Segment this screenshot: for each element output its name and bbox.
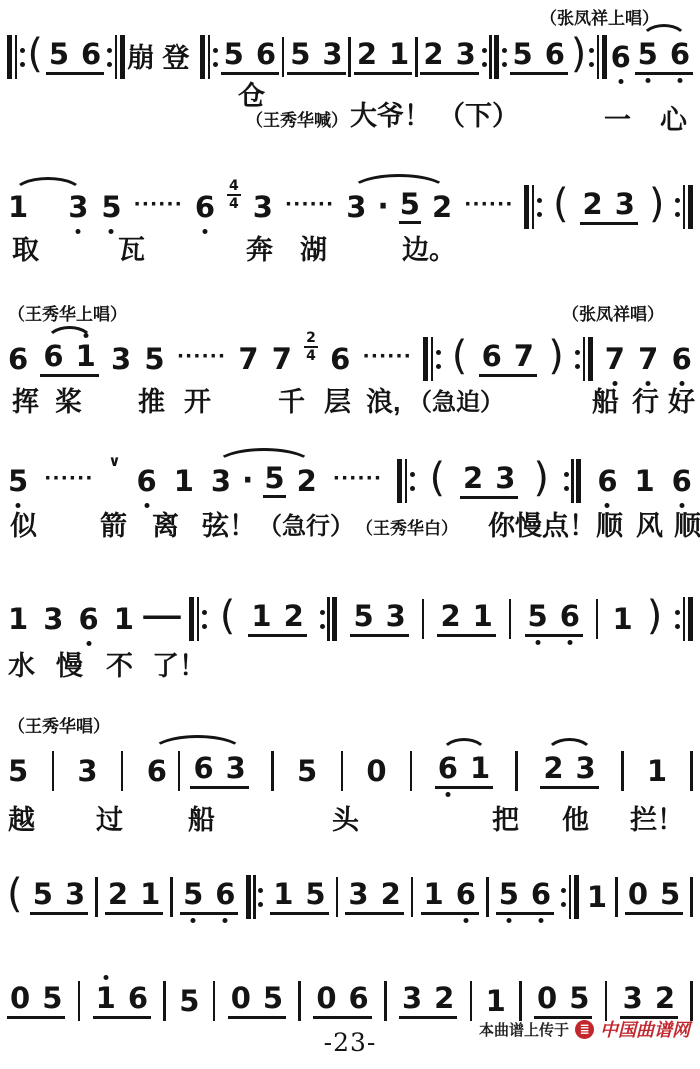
note-digit: 7: [272, 342, 292, 376]
note-5: 5: [499, 880, 519, 909]
barline: [52, 751, 55, 791]
barline: [519, 981, 522, 1021]
augmentation-dot: ·: [242, 466, 253, 496]
bar-thin: [253, 875, 256, 919]
beam-group: 56: [221, 40, 279, 75]
lyric: 船: [188, 806, 215, 836]
note-1: 1: [251, 602, 271, 631]
note-digit: 5: [264, 461, 284, 495]
repeat-dots: [202, 610, 207, 629]
lyric: 似: [10, 512, 37, 542]
note-digit: 1: [389, 37, 409, 71]
bar-thin: [431, 337, 434, 381]
note-1: 1: [113, 605, 135, 634]
beam-group: 67: [479, 342, 537, 377]
octave-dot-low: [645, 78, 650, 83]
note-digit: 7: [514, 339, 534, 373]
note-digit: 1: [473, 599, 493, 633]
barline: [213, 981, 216, 1021]
score-system-2: 135······6443······3·52······(23): [7, 178, 693, 236]
note-6: 6: [456, 880, 476, 909]
lyric: 瓦: [118, 236, 145, 266]
note-5: 5: [183, 880, 203, 909]
note-5: 5: [305, 880, 325, 909]
note-digit: 3: [615, 187, 635, 221]
lyric: 心: [660, 106, 687, 136]
repeat-dot: [410, 486, 415, 491]
note-1: 1: [7, 193, 29, 222]
note-7: 7: [237, 345, 259, 374]
bar-thick: [246, 875, 251, 919]
beam-group: 56: [180, 880, 238, 915]
barline: [282, 37, 285, 77]
lyric: 奔: [246, 236, 273, 266]
note-digit: 3: [43, 602, 63, 636]
lyric: 层: [324, 388, 351, 418]
lyric: 越: [8, 806, 35, 836]
role-annotation: （张凤祥上唱）: [540, 4, 659, 29]
note-1: 1: [485, 987, 507, 1016]
time-signature-bottom: 4: [229, 197, 239, 211]
bar-thin: [115, 35, 118, 79]
note-6: 6: [7, 345, 29, 374]
lyric: 一: [604, 106, 631, 136]
repeat-dots: [675, 610, 680, 629]
repeat-dots: [436, 350, 441, 369]
beam-group: 56: [496, 880, 554, 915]
time-signature-top: 4: [227, 179, 241, 196]
note-digit: 5: [353, 599, 373, 633]
repeat-dot: [258, 902, 263, 907]
note-digit: 2: [655, 981, 675, 1015]
stage-direction: （王秀华白）: [356, 520, 458, 539]
lyric: 顺: [674, 512, 700, 542]
note-1: 1: [173, 467, 195, 496]
repeat-begin-sign: [423, 337, 441, 381]
note-digit: 2: [583, 187, 603, 221]
lyric: 千: [278, 388, 305, 418]
barline: [410, 751, 413, 791]
note-1: 1: [586, 883, 608, 912]
repeat-dot: [20, 48, 25, 53]
note-6: 6: [146, 757, 168, 786]
note-digit: 0: [10, 981, 30, 1015]
barline: [690, 981, 693, 1021]
repeat-dots: [537, 198, 542, 217]
tie-slur: 61: [435, 754, 493, 789]
bar-thin: [597, 35, 600, 79]
note-5: 5: [42, 984, 62, 1013]
note-digit: 2: [463, 461, 483, 495]
note-digit: 3: [402, 981, 422, 1015]
repeat-dots: [410, 472, 415, 491]
note-3: 3: [322, 40, 342, 69]
lyric: 桨: [55, 388, 82, 418]
beam-group: 32: [620, 984, 678, 1019]
lyric: 水: [8, 652, 35, 682]
note-2: 2: [357, 40, 377, 69]
note-3: 3: [76, 757, 98, 786]
bar-thin: [583, 337, 586, 381]
note-digit: 5: [49, 37, 69, 71]
barline: [422, 599, 425, 639]
repeat-dot: [202, 610, 207, 615]
note-7: 7: [604, 345, 626, 374]
note-1: 1: [389, 40, 409, 69]
barline: [486, 877, 489, 917]
note-digit: 0: [628, 877, 648, 911]
note-2: 2: [543, 754, 563, 783]
note-5: 5: [100, 193, 122, 222]
barline: [341, 751, 344, 791]
note-digit: 3: [68, 190, 88, 224]
note-digit: 2: [381, 877, 401, 911]
note-digit: 3: [576, 751, 596, 785]
beam-group: 23: [460, 464, 518, 499]
repeat-dot: [564, 472, 569, 477]
repeat-dot: [320, 624, 325, 629]
note-digit: 1: [647, 754, 667, 788]
repeat-dots: [675, 198, 680, 217]
note-digit: 5: [101, 190, 121, 224]
note-digit: 6: [8, 342, 28, 376]
bar-thick: [576, 459, 581, 503]
repeat-dot: [537, 198, 542, 203]
note-5: 5: [399, 190, 421, 224]
note-digit: 1: [96, 981, 116, 1015]
note-6: 6: [81, 40, 101, 69]
barline: [690, 877, 693, 917]
sheet-music-page: (56崩登5653212356)656（张凤祥上唱）仓（王秀华喊）大爷！（下）一…: [0, 0, 700, 1069]
repeat-dot: [502, 48, 507, 53]
note-5: 5: [569, 984, 589, 1013]
note-2: 2: [431, 193, 453, 222]
repeat-dot: [675, 610, 680, 615]
repeat-dot: [202, 624, 207, 629]
parenthesis: ): [533, 458, 549, 498]
note-digit: 1: [424, 877, 444, 911]
octave-dot-low: [535, 640, 540, 645]
beam-group: 15: [270, 880, 328, 915]
bar-thick: [397, 459, 402, 503]
note-1: 1: [470, 754, 490, 783]
note-1: 1: [96, 984, 116, 1013]
note-5: 5: [49, 40, 69, 69]
note-digit: 6: [349, 981, 369, 1015]
note-6: 6: [136, 467, 158, 496]
note-5: 5: [528, 602, 548, 631]
note-2: 2: [583, 190, 603, 219]
note-digit: 5: [33, 877, 53, 911]
note-digit: 3: [495, 461, 515, 495]
note-5: 5: [638, 40, 658, 69]
repeat-dot: [675, 198, 680, 203]
note-digit: 1: [486, 984, 506, 1018]
note-digit: 2: [434, 981, 454, 1015]
stage-direction: （王秀华喊）: [246, 112, 348, 131]
note-5: 5: [296, 757, 318, 786]
beam-group: 16: [421, 880, 479, 915]
lyric: 慢: [56, 652, 83, 682]
note-digit: 6: [597, 464, 617, 498]
note-digit: 0: [366, 754, 386, 788]
continuation-dots: ······: [134, 193, 183, 215]
repeat-dots: [482, 48, 487, 67]
beam-group: 21: [105, 880, 163, 915]
note-1: 1: [612, 605, 634, 634]
note-6: 6: [670, 40, 690, 69]
bar-thick: [524, 185, 529, 229]
parenthesis: (: [429, 458, 445, 498]
lyric: 不: [106, 652, 133, 682]
barline: [298, 981, 301, 1021]
note-5: 5: [143, 345, 165, 374]
continuation-dots: ······: [44, 467, 93, 489]
repeat-dot: [436, 364, 441, 369]
beam-group: 61: [40, 342, 98, 377]
lyric: 浪,: [366, 388, 401, 418]
parenthesis: ): [548, 336, 564, 376]
note-3: 3: [226, 754, 246, 783]
note-digit: 1: [8, 190, 28, 224]
lyric: 行: [632, 388, 659, 418]
note-digit: 5: [8, 754, 28, 788]
breath-mark-icon: ∨: [108, 452, 120, 470]
note-3: 3: [623, 984, 643, 1013]
note-3: 3: [110, 345, 132, 374]
repeat-dots: [564, 472, 569, 491]
repeat-dot: [482, 48, 487, 53]
beam-group: 56: [635, 40, 693, 75]
note-6: 6: [128, 984, 148, 1013]
octave-dot-high: [103, 975, 108, 980]
note-digit: 6: [195, 190, 215, 224]
note-1: 1: [473, 602, 493, 631]
barline: [470, 981, 473, 1021]
note-digit: 6: [81, 37, 101, 71]
note-5: 5: [33, 880, 53, 909]
repeat-dot: [675, 624, 680, 629]
lyric: 好: [668, 388, 695, 418]
note-digit: 1: [251, 599, 271, 633]
note-5: 5: [224, 40, 244, 69]
note-3: 3: [456, 40, 476, 69]
note-digit: 3: [111, 342, 131, 376]
lyric: 仓: [238, 82, 265, 112]
note-digit: 1: [174, 464, 194, 498]
lyric: 取: [12, 236, 39, 266]
barline: [411, 877, 414, 917]
continuation-dots: ······: [285, 193, 334, 215]
repeat-dot: [589, 48, 594, 53]
bar-thin: [208, 35, 211, 79]
lyric: （急迫）: [408, 390, 504, 416]
note-6: 6: [329, 345, 351, 374]
beam-group: 23: [580, 190, 638, 225]
repeat-dots: [258, 888, 263, 907]
note-6: 6: [671, 467, 693, 496]
repeat-begin-sign: [524, 185, 542, 229]
beam-group: 06: [313, 984, 371, 1019]
note-2: 2: [434, 984, 454, 1013]
note-6: 6: [215, 880, 235, 909]
octave-dot-low: [506, 918, 511, 923]
barline: [348, 37, 351, 77]
note-digit: 3: [211, 464, 231, 498]
repeat-dots: [107, 48, 112, 67]
note-digit: 6: [128, 981, 148, 1015]
repeat-end-sign: [575, 337, 593, 381]
repeat-dot: [589, 62, 594, 67]
continuation-dots: ······: [333, 467, 382, 489]
bar-thin: [15, 35, 18, 79]
note-digit: 6: [43, 339, 63, 373]
role-annotation: （王秀华上唱）: [8, 300, 127, 325]
beam-group: 53: [350, 602, 408, 637]
note-digit: 2: [108, 877, 128, 911]
bar-thick: [688, 597, 693, 641]
note-6: 6: [531, 880, 551, 909]
repeat-dot: [213, 48, 218, 53]
note-3: 3: [348, 880, 368, 909]
repeat-dot: [561, 888, 566, 893]
repeat-dots: [502, 48, 507, 67]
note-3: 3: [402, 984, 422, 1013]
octave-dot-low: [445, 792, 450, 797]
repeat-end-sign: [675, 597, 693, 641]
note-digit: 5: [183, 877, 203, 911]
note-digit: 2: [357, 37, 377, 71]
note-6: 6: [193, 754, 213, 783]
repeat-dot: [482, 62, 487, 67]
note-7: 7: [637, 345, 659, 374]
bar-thin: [489, 35, 492, 79]
beam-group: 61: [435, 754, 493, 789]
octave-dot-low: [463, 918, 468, 923]
score-system-5: 1361—(125321561): [7, 590, 693, 648]
note-digit: 5: [513, 37, 533, 71]
note-2: 2: [655, 984, 675, 1013]
note-0: 0: [628, 880, 648, 909]
bar-thick: [189, 597, 194, 641]
beam-group: 32: [399, 984, 457, 1019]
role-annotation: （张凤祥唱）: [562, 300, 664, 325]
lyric: 过: [96, 806, 123, 836]
parenthesis: (: [7, 874, 23, 914]
repeat-begin-sign: [7, 35, 25, 79]
octave-dot-low: [16, 503, 21, 508]
repeat-dot: [258, 888, 263, 893]
note-5: 5: [353, 602, 373, 631]
note-3: 3: [252, 193, 274, 222]
note-digit: 2: [297, 464, 317, 498]
tie-slur: 23: [540, 754, 598, 789]
beam-group: 05: [534, 984, 592, 1019]
note-digit: 5: [224, 37, 244, 71]
note-digit: 7: [605, 342, 625, 376]
note-6: 6: [78, 605, 100, 634]
note-2: 2: [296, 467, 318, 496]
note-digit: 0: [316, 981, 336, 1015]
note-digit: 1: [76, 339, 96, 373]
score-system-1: (56崩登5653212356)656: [7, 28, 693, 86]
tie-slur: 13: [7, 193, 89, 222]
repeat-dot: [320, 610, 325, 615]
note-digit: 0: [537, 981, 557, 1015]
beam-group: 56: [510, 40, 568, 75]
note-3: 3: [495, 464, 515, 493]
octave-dot-low: [567, 640, 572, 645]
note-digit: 1: [470, 751, 490, 785]
parenthesis: (: [553, 184, 569, 224]
barline: [271, 751, 274, 791]
note-digit: 5: [569, 981, 589, 1015]
site-name: 中国曲谱网: [600, 1016, 690, 1042]
repeat-dot: [575, 350, 580, 355]
barline: [515, 751, 518, 791]
repeat-end-sign: [107, 35, 125, 79]
note-digit: 6: [193, 751, 213, 785]
note-1: 1: [76, 342, 96, 371]
note-digit: 3: [65, 877, 85, 911]
beam-group: 05: [625, 880, 683, 915]
bar-thin: [683, 185, 686, 229]
repeat-end-sign: [320, 597, 338, 641]
note-digit: 6: [560, 599, 580, 633]
time-signature-bottom: 4: [306, 349, 316, 363]
lyric: 了！: [152, 652, 206, 682]
note-digit: 6: [79, 602, 99, 636]
note-digit: 6: [438, 751, 458, 785]
lyric: 湖: [300, 236, 327, 266]
barline: [178, 751, 181, 791]
note-digit: 6: [672, 464, 692, 498]
octave-dot-low: [191, 918, 196, 923]
note-6: 6: [438, 754, 458, 783]
note-0: 0: [365, 757, 387, 786]
beam-group: 53: [287, 40, 345, 75]
repeat-dot: [675, 212, 680, 217]
repeat-begin-sign: [200, 35, 218, 79]
bar-thin: [569, 875, 572, 919]
repeat-end-sign: [589, 35, 607, 79]
parenthesis: ): [571, 34, 587, 74]
time-signature: 24: [304, 331, 318, 363]
note-1: 1: [634, 467, 656, 496]
octave-dot-low: [679, 381, 684, 386]
note-digit: 5: [638, 37, 658, 71]
time-signature: 44: [227, 179, 241, 211]
note-digit: 3: [77, 754, 97, 788]
repeat-begin-sign: [189, 597, 207, 641]
note-7: 7: [271, 345, 293, 374]
repeat-both-sign: [482, 35, 507, 79]
barline: [163, 981, 166, 1021]
note-6: 6: [256, 40, 276, 69]
note-3: 3: [210, 467, 232, 496]
tie-slur: 663: [146, 751, 249, 791]
note-2: 2: [423, 40, 443, 69]
octave-dot-low: [76, 229, 81, 234]
score-system-3: 66135······77246······(67)776: [7, 330, 693, 388]
beam-group: 63: [190, 754, 248, 789]
continuation-dots: ······: [363, 345, 412, 367]
note-digit: 6: [531, 877, 551, 911]
note-digit: 5: [8, 464, 28, 498]
repeat-end-sign: [675, 185, 693, 229]
note-6: 6: [596, 467, 618, 496]
note-digit: 6: [545, 37, 565, 71]
